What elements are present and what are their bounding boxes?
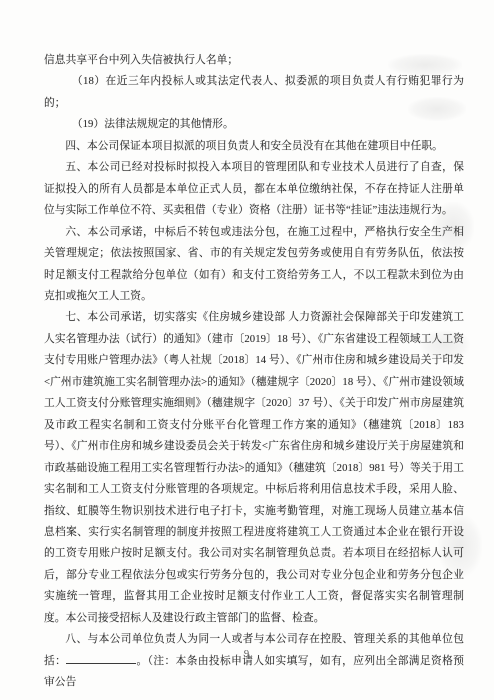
document-body: 信息共享平台中列入失信被执行人名单； （18）在近三年内投标人或其法定代表人、拟… — [44, 50, 464, 694]
clause-4: 四、本公司保证本项目拟派的项目负责人和安全员没有在其他在建项目中任职。 — [44, 136, 464, 157]
list-item-19: （19）法律法规规定的其他情形。 — [44, 114, 464, 135]
page-number: 9 — [0, 649, 494, 660]
list-item-18: （18）在近三年内投标人或其法定代表人、拟委派的项目负责人有行贿犯罪行为的； — [44, 71, 464, 114]
paragraph-continuation: 信息共享平台中列入失信被执行人名单； — [44, 50, 464, 71]
clause-5: 五、本公司已经对投标时拟投入本项目的管理团队和专业技术人员进行了自查，保证拟投入… — [44, 157, 464, 221]
clause-7: 七、本公司承诺，切实落实《住房城乡建设部 人力资源社会保障部关于印发建筑工人实名… — [44, 307, 464, 629]
clause-6: 六、本公司承诺，中标后不转包或违法分包，在施工过程中，严格执行安全生产相关管理规… — [44, 222, 464, 308]
scanned-document-page: 信息共享平台中列入失信被执行人名单； （18）在近三年内投标人或其法定代表人、拟… — [0, 0, 494, 700]
clause-8: 八、与本公司单位负责人为同一人或者与本公司存在控股、管理关系的其他单位包括：。（… — [44, 629, 464, 693]
